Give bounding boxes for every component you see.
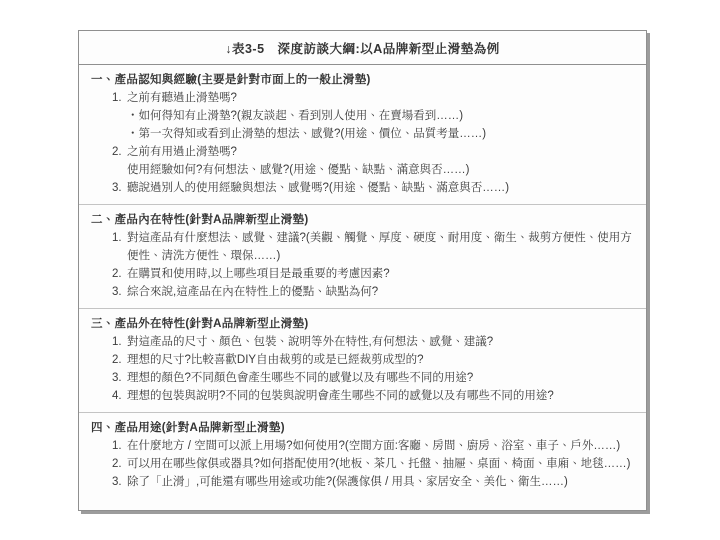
section-intrinsic-attributes: 二、產品內在特性(針對A品牌新型止滑墊) 1. 對這產品有什麼想法、感覺、建議?…	[79, 204, 646, 308]
item-number: 1.	[112, 89, 127, 143]
section-product-awareness: 一、產品認知與經驗(主要是針對市面上的一般止滑墊) 1. 之前有聽過止滑墊嗎? …	[79, 65, 646, 204]
question-text: 對這產品有什麼想法、感覺、建議?(美觀、觸覺、厚度、硬度、耐用度、衛生、裁剪方便…	[127, 229, 636, 265]
question-subline: ・如何得知有止滑墊?(親友談起、看到別人使用、在賣場看到……)	[127, 107, 636, 125]
item-number: 4.	[112, 387, 127, 405]
section-heading: 四、產品用途(針對A品牌新型止滑墊)	[91, 419, 636, 437]
item-number: 3.	[112, 473, 127, 491]
section-heading: 一、產品認知與經驗(主要是針對市面上的一般止滑墊)	[91, 71, 636, 89]
question-text: 除了「止滑」,可能還有哪些用途或功能?(保護傢俱 / 用具、家居安全、美化、衛生…	[127, 473, 636, 491]
question-item: 1. 在什麼地方 / 空間可以派上用場?如何使用?(空間方面:客廳、房間、廚房、…	[91, 437, 636, 455]
question-item: 1. 之前有聽過止滑墊嗎? ・如何得知有止滑墊?(親友談起、看到別人使用、在賣場…	[91, 89, 636, 143]
question-text: 在什麼地方 / 空間可以派上用場?如何使用?(空間方面:客廳、房間、廚房、浴室、…	[127, 437, 636, 455]
question-text: 可以用在哪些傢俱或器具?如何搭配使用?(地板、茶几、托盤、抽屜、桌面、椅面、車廂…	[127, 455, 636, 473]
item-number: 2.	[112, 351, 127, 369]
question-item: 3. 除了「止滑」,可能還有哪些用途或功能?(保護傢俱 / 用具、家居安全、美化…	[91, 473, 636, 491]
question-text: 理想的顏色?不同顏色會產生哪些不同的感覺以及有哪些不同的用途?	[127, 369, 636, 387]
item-number: 2.	[112, 143, 127, 179]
section-heading: 二、產品內在特性(針對A品牌新型止滑墊)	[91, 211, 636, 229]
question-subline: ・第一次得知或看到止滑墊的想法、感覺?(用途、價位、品質考量……)	[127, 125, 636, 143]
question-text: 理想的包裝與說明?不同的包裝與說明會產生哪些不同的感覺以及有哪些不同的用途?	[127, 387, 636, 405]
section-extrinsic-attributes: 三、產品外在特性(針對A品牌新型止滑墊) 1. 對這產品的尺寸、顏色、包裝、說明…	[79, 308, 646, 412]
question-item: 2. 在購買和使用時,以上哪些項目是最重要的考慮因素?	[91, 265, 636, 283]
question-text: 之前有聽過止滑墊嗎?	[127, 89, 636, 107]
question-item: 2. 可以用在哪些傢俱或器具?如何搭配使用?(地板、茶几、托盤、抽屜、桌面、椅面…	[91, 455, 636, 473]
question-item: 3. 理想的顏色?不同顏色會產生哪些不同的感覺以及有哪些不同的用途?	[91, 369, 636, 387]
item-number: 2.	[112, 455, 127, 473]
question-item: 4. 理想的包裝與說明?不同的包裝與說明會產生哪些不同的感覺以及有哪些不同的用途…	[91, 387, 636, 405]
question-item: 3. 綜合來說,這產品在內在特性上的優點、缺點為何?	[91, 283, 636, 301]
question-item: 1. 對這產品的尺寸、顏色、包裝、說明等外在特性,有何想法、感覺、建議?	[91, 333, 636, 351]
question-text: 之前有用過止滑墊嗎?	[127, 143, 636, 161]
table-title: ↓表3-5 深度訪談大綱:以A品牌新型止滑墊為例	[79, 31, 646, 65]
question-text: 綜合來說,這產品在內在特性上的優點、缺點為何?	[127, 283, 636, 301]
question-subline: 使用經驗如何?有何想法、感覺?(用途、優點、缺點、滿意與否……)	[127, 161, 636, 179]
question-item: 2. 之前有用過止滑墊嗎? 使用經驗如何?有何想法、感覺?(用途、優點、缺點、滿…	[91, 143, 636, 179]
item-number: 1.	[112, 437, 127, 455]
item-number: 2.	[112, 265, 127, 283]
interview-outline-table: ↓表3-5 深度訪談大綱:以A品牌新型止滑墊為例 一、產品認知與經驗(主要是針對…	[78, 30, 647, 511]
section-heading: 三、產品外在特性(針對A品牌新型止滑墊)	[91, 315, 636, 333]
question-item: 1. 對這產品有什麼想法、感覺、建議?(美觀、觸覺、厚度、硬度、耐用度、衛生、裁…	[91, 229, 636, 265]
item-number: 3.	[112, 369, 127, 387]
question-text: 在購買和使用時,以上哪些項目是最重要的考慮因素?	[127, 265, 636, 283]
section-product-uses: 四、產品用途(針對A品牌新型止滑墊) 1. 在什麼地方 / 空間可以派上用場?如…	[79, 412, 646, 498]
question-item: 2. 理想的尺寸?比較喜歡DIY自由裁剪的或是已經裁剪成型的?	[91, 351, 636, 369]
item-number: 3.	[112, 179, 127, 197]
item-number: 1.	[112, 229, 127, 265]
question-text: 對這產品的尺寸、顏色、包裝、說明等外在特性,有何想法、感覺、建議?	[127, 333, 636, 351]
question-item: 3. 聽說過別人的使用經驗與想法、感覺嗎?(用途、優點、缺點、滿意與否……)	[91, 179, 636, 197]
question-text: 聽說過別人的使用經驗與想法、感覺嗎?(用途、優點、缺點、滿意與否……)	[127, 179, 636, 197]
item-number: 1.	[112, 333, 127, 351]
slide-canvas: ↓表3-5 深度訪談大綱:以A品牌新型止滑墊為例 一、產品認知與經驗(主要是針對…	[0, 0, 720, 540]
question-text: 理想的尺寸?比較喜歡DIY自由裁剪的或是已經裁剪成型的?	[127, 351, 636, 369]
item-number: 3.	[112, 283, 127, 301]
